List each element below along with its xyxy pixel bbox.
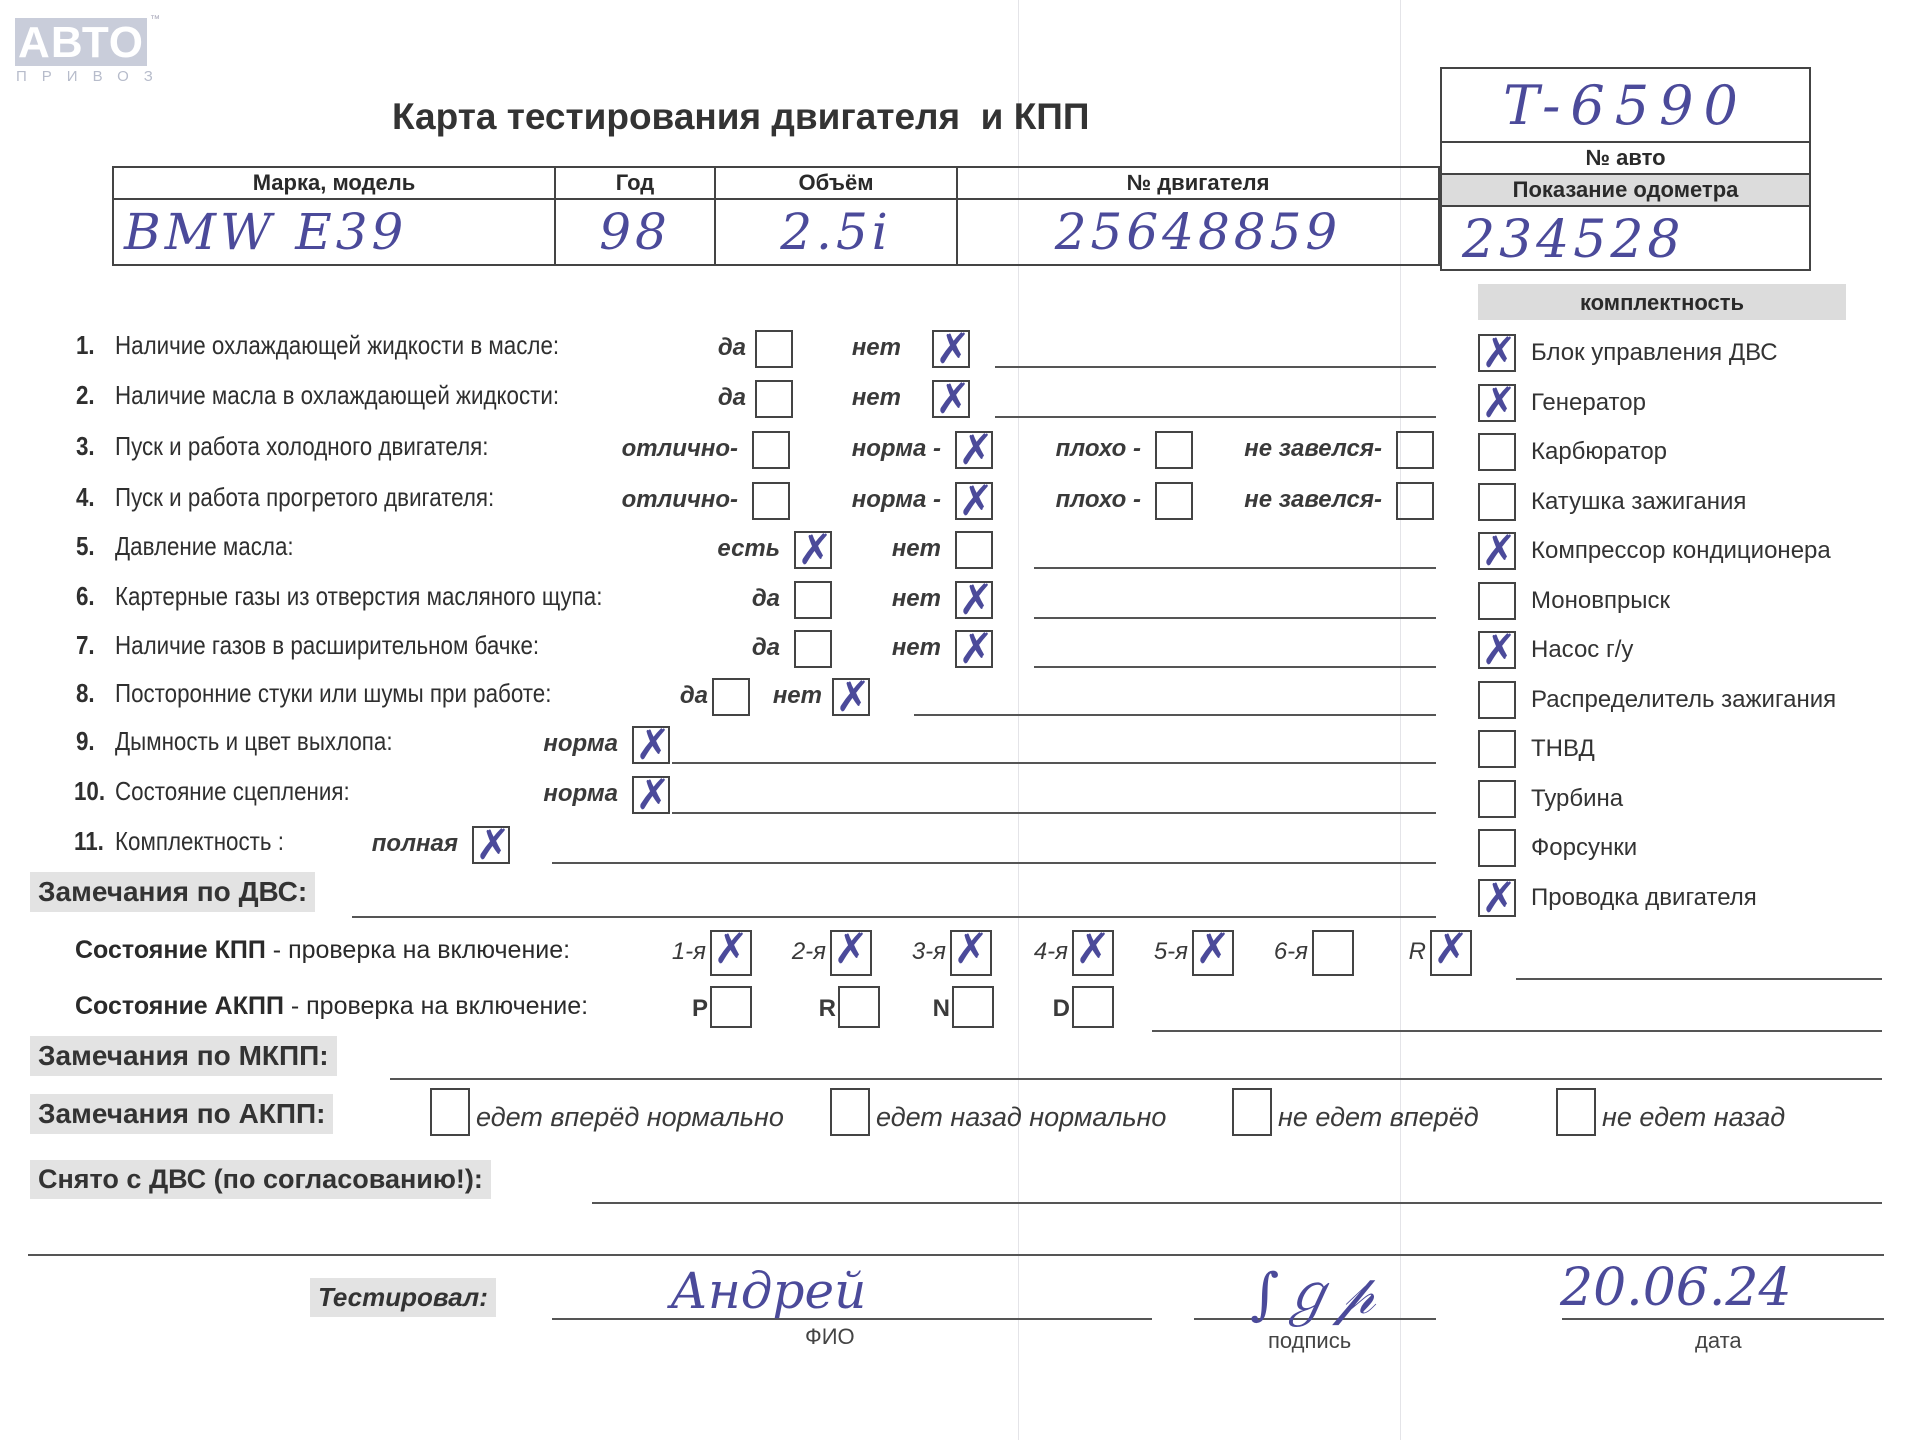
checked-checkbox[interactable] [1478, 334, 1516, 372]
checked-checkbox[interactable] [1478, 879, 1516, 917]
checked-checkbox[interactable] [932, 380, 970, 418]
manual-gearbox-subtitle: - проверка на включение: [266, 936, 570, 964]
volume-label: Объём [715, 167, 957, 199]
question-text: Пуск и работа прогретого двигателя: [115, 482, 494, 513]
remarks-manual-label: Замечания по МКПП: [30, 1036, 337, 1076]
make-model-label: Марка, модель [113, 167, 555, 199]
checkbox[interactable] [430, 1088, 470, 1136]
make-model-value: BMW E39 [124, 203, 407, 261]
checked-checkbox[interactable] [632, 726, 670, 764]
option-label: нет [773, 682, 822, 710]
option-label: едет вперёд нормально [476, 1102, 784, 1133]
make-model-field[interactable]: BMW E39 [113, 199, 555, 265]
checkbox[interactable] [755, 330, 793, 368]
checked-checkbox[interactable] [632, 776, 670, 814]
notes-line[interactable] [914, 714, 1436, 716]
option-label: нет [852, 334, 901, 362]
checked-checkbox[interactable] [1192, 930, 1234, 976]
checkbox[interactable] [794, 630, 832, 668]
completeness-header: комплектность [1478, 284, 1846, 320]
gear-label: 2-я [792, 938, 826, 966]
logo-subtitle: ПРИВОЗ [16, 68, 168, 85]
notes-line[interactable] [995, 416, 1436, 418]
checkbox[interactable] [1478, 433, 1516, 471]
option-label: отлично- [622, 486, 738, 514]
question-number: 10. [74, 776, 105, 807]
question-number: 3. [76, 431, 95, 462]
position-label: R [819, 995, 836, 1023]
manual-gearbox-title: Состояние КПП [75, 936, 266, 964]
question-text: Наличие масла в охлаждающей жидкости: [115, 380, 559, 411]
engine-number-field[interactable]: 25648859 [957, 199, 1439, 265]
notes-line[interactable] [672, 812, 1436, 814]
completeness-item: Насос г/у [1531, 636, 1633, 664]
tester-name-value[interactable]: Андрей [670, 1262, 866, 1320]
option-label: не едет назад [1602, 1102, 1785, 1133]
auto-gearbox-title: Состояние АКПП [75, 992, 284, 1020]
checked-checkbox[interactable] [950, 930, 992, 976]
question-number: 9. [76, 726, 95, 757]
car-number-box: T-6590 № авто Показание одометра 234528 [1440, 67, 1811, 271]
removed-label: Снято с ДВС (по согласованию!): [30, 1160, 491, 1199]
option-label: нет [892, 535, 941, 563]
checkbox[interactable] [712, 678, 750, 716]
odometer-label: Показание одометра [1442, 173, 1809, 207]
question-text: Давление масла: [115, 531, 294, 562]
signature-mark[interactable]: ∫ℊ𝓅 [1250, 1250, 1375, 1330]
notes-line[interactable] [672, 762, 1436, 764]
question-number: 11. [74, 826, 104, 857]
page-title: Карта тестирования двигателя и КПП [392, 96, 1089, 138]
notes-line[interactable] [1034, 567, 1436, 569]
tested-by-label: Тестировал: [310, 1278, 496, 1317]
checkbox[interactable] [794, 581, 832, 619]
auto-gearbox-notes[interactable] [1152, 1030, 1882, 1032]
signature-caption: подпись [1268, 1328, 1351, 1354]
question-text: Наличие охлаждающей жидкости в масле: [115, 330, 559, 361]
checked-checkbox[interactable] [932, 330, 970, 368]
checkbox[interactable] [1478, 582, 1516, 620]
notes-line[interactable] [1034, 666, 1436, 668]
checkbox[interactable] [1478, 780, 1516, 818]
auto-gearbox-subtitle: - проверка на включение: [284, 992, 588, 1020]
odometer-value[interactable]: 234528 [1442, 207, 1809, 269]
position-label: N [933, 995, 950, 1023]
auto-gearbox-label: Состояние АКПП - проверка на включение: [75, 992, 588, 1021]
logo: АВТО [15, 18, 147, 66]
logo-trademark: ™ [150, 14, 160, 25]
car-number-label: № авто [1442, 143, 1809, 173]
checkbox[interactable] [1556, 1088, 1596, 1136]
option-label: да [680, 682, 708, 710]
completeness-item: Компрессор кондиционера [1531, 537, 1831, 565]
option-label: норма - [852, 435, 941, 463]
question-number: 2. [76, 380, 95, 411]
checkbox[interactable] [830, 1088, 870, 1136]
date-value[interactable]: 20.06.24 [1560, 1258, 1792, 1318]
remarks-engine-label: Замечания по ДВС: [30, 872, 315, 912]
checkbox[interactable] [1478, 483, 1516, 521]
checkbox[interactable] [752, 431, 790, 469]
volume-value: 2.5i [780, 203, 892, 261]
completeness-item: Карбюратор [1531, 438, 1667, 466]
removed-field[interactable] [592, 1202, 1882, 1204]
manual-gearbox-notes[interactable] [1516, 978, 1882, 980]
option-label: есть [717, 535, 780, 563]
checked-checkbox[interactable] [955, 482, 993, 520]
option-label: не едет вперёд [1278, 1102, 1479, 1133]
question-number: 1. [76, 330, 95, 361]
option-label: да [718, 334, 746, 362]
gear-label: 1-я [672, 938, 706, 966]
checkbox[interactable] [752, 482, 790, 520]
completeness-item: Проводка двигателя [1531, 884, 1757, 912]
date-caption: дата [1695, 1328, 1742, 1354]
question-number: 5. [76, 531, 95, 562]
completeness-item: Блок управления ДВС [1531, 339, 1778, 367]
checkbox[interactable] [952, 986, 994, 1028]
checked-checkbox[interactable] [955, 630, 993, 668]
question-text: Картерные газы из отверстия масляного щу… [115, 581, 602, 612]
checkbox[interactable] [1155, 482, 1193, 520]
question-text: Наличие газов в расширительном бачке: [115, 630, 539, 661]
volume-field[interactable]: 2.5i [715, 199, 957, 265]
completeness-item: Турбина [1531, 785, 1623, 813]
checkbox[interactable] [755, 380, 793, 418]
option-label: нет [892, 634, 941, 662]
option-label: не завелся- [1244, 435, 1382, 463]
option-label: да [752, 585, 780, 613]
completeness-item: Распределитель зажигания [1531, 686, 1836, 714]
checked-checkbox[interactable] [1072, 930, 1114, 976]
checkbox[interactable] [710, 986, 752, 1028]
checked-checkbox[interactable] [710, 930, 752, 976]
vehicle-info-table: Марка, модель Год Объём № двигателя BMW … [112, 166, 1440, 266]
checkbox[interactable] [1072, 986, 1114, 1028]
option-label: не завелся- [1244, 486, 1382, 514]
checked-checkbox[interactable] [794, 531, 832, 569]
question-text: Посторонние стуки или шумы при работе: [115, 678, 551, 709]
remarks-engine-field[interactable] [352, 916, 1436, 918]
checkbox[interactable] [955, 531, 993, 569]
option-label: едет назад нормально [876, 1102, 1166, 1133]
question-text: Комплектность : [115, 826, 284, 857]
checkbox[interactable] [1478, 730, 1516, 768]
year-value: 98 [599, 203, 671, 261]
checkbox[interactable] [1396, 431, 1434, 469]
checkbox[interactable] [1478, 681, 1516, 719]
car-number-value[interactable]: T-6590 [1442, 69, 1809, 143]
completeness-item: Форсунки [1531, 834, 1637, 862]
gear-label: 6-я [1274, 938, 1308, 966]
completeness-item: Катушка зажигания [1531, 488, 1746, 516]
checkbox[interactable] [1312, 930, 1354, 976]
question-number: 4. [76, 482, 95, 513]
option-label: норма - [852, 486, 941, 514]
manual-gearbox-label: Состояние КПП - проверка на включение: [75, 936, 570, 965]
date-line [1562, 1318, 1884, 1320]
question-number: 6. [76, 581, 95, 612]
checked-checkbox[interactable] [1478, 631, 1516, 669]
completeness-item: ТНВД [1531, 735, 1595, 763]
divider [28, 1254, 1884, 1256]
checked-checkbox[interactable] [955, 581, 993, 619]
question-text: Состояние сцепления: [115, 776, 350, 807]
remarks-manual-field[interactable] [390, 1078, 1882, 1080]
checked-checkbox[interactable] [830, 930, 872, 976]
notes-line[interactable] [995, 366, 1436, 368]
checked-checkbox[interactable] [1430, 930, 1472, 976]
position-label: P [692, 995, 708, 1023]
checked-checkbox[interactable] [832, 678, 870, 716]
option-label: норма [543, 780, 618, 808]
position-label: D [1053, 995, 1070, 1023]
engine-number-label: № двигателя [957, 167, 1439, 199]
completeness-item: Генератор [1531, 389, 1646, 417]
checked-checkbox[interactable] [955, 431, 993, 469]
option-label: плохо - [1056, 435, 1141, 463]
checkbox[interactable] [1155, 431, 1193, 469]
question-number: 7. [76, 630, 95, 661]
option-label: нет [852, 384, 901, 412]
checked-checkbox[interactable] [1478, 384, 1516, 422]
question-text: Дымность и цвет выхлопа: [115, 726, 393, 757]
option-label: полная [372, 830, 458, 858]
question-number: 8. [76, 678, 95, 709]
notes-line[interactable] [552, 862, 1436, 864]
engine-number-value: 25648859 [1055, 203, 1342, 261]
option-label: да [752, 634, 780, 662]
checkbox[interactable] [1232, 1088, 1272, 1136]
gear-label: 4-я [1034, 938, 1068, 966]
remarks-auto-label: Замечания по АКПП: [30, 1094, 333, 1134]
option-label: плохо - [1056, 486, 1141, 514]
option-label: отлично- [622, 435, 738, 463]
year-field[interactable]: 98 [555, 199, 715, 265]
checked-checkbox[interactable] [472, 826, 510, 864]
option-label: да [718, 384, 746, 412]
checkbox[interactable] [1396, 482, 1434, 520]
option-label: нет [892, 585, 941, 613]
checked-checkbox[interactable] [1478, 532, 1516, 570]
question-text: Пуск и работа холодного двигателя: [115, 431, 488, 462]
checkbox[interactable] [1478, 829, 1516, 867]
option-label: норма [543, 730, 618, 758]
notes-line[interactable] [1034, 617, 1436, 619]
gear-label: 3-я [912, 938, 946, 966]
year-label: Год [555, 167, 715, 199]
completeness-item: Моновпрыск [1531, 587, 1670, 615]
gear-label: R [1409, 938, 1426, 966]
checkbox[interactable] [838, 986, 880, 1028]
tester-name-caption: ФИО [805, 1324, 855, 1350]
gear-label: 5-я [1154, 938, 1188, 966]
